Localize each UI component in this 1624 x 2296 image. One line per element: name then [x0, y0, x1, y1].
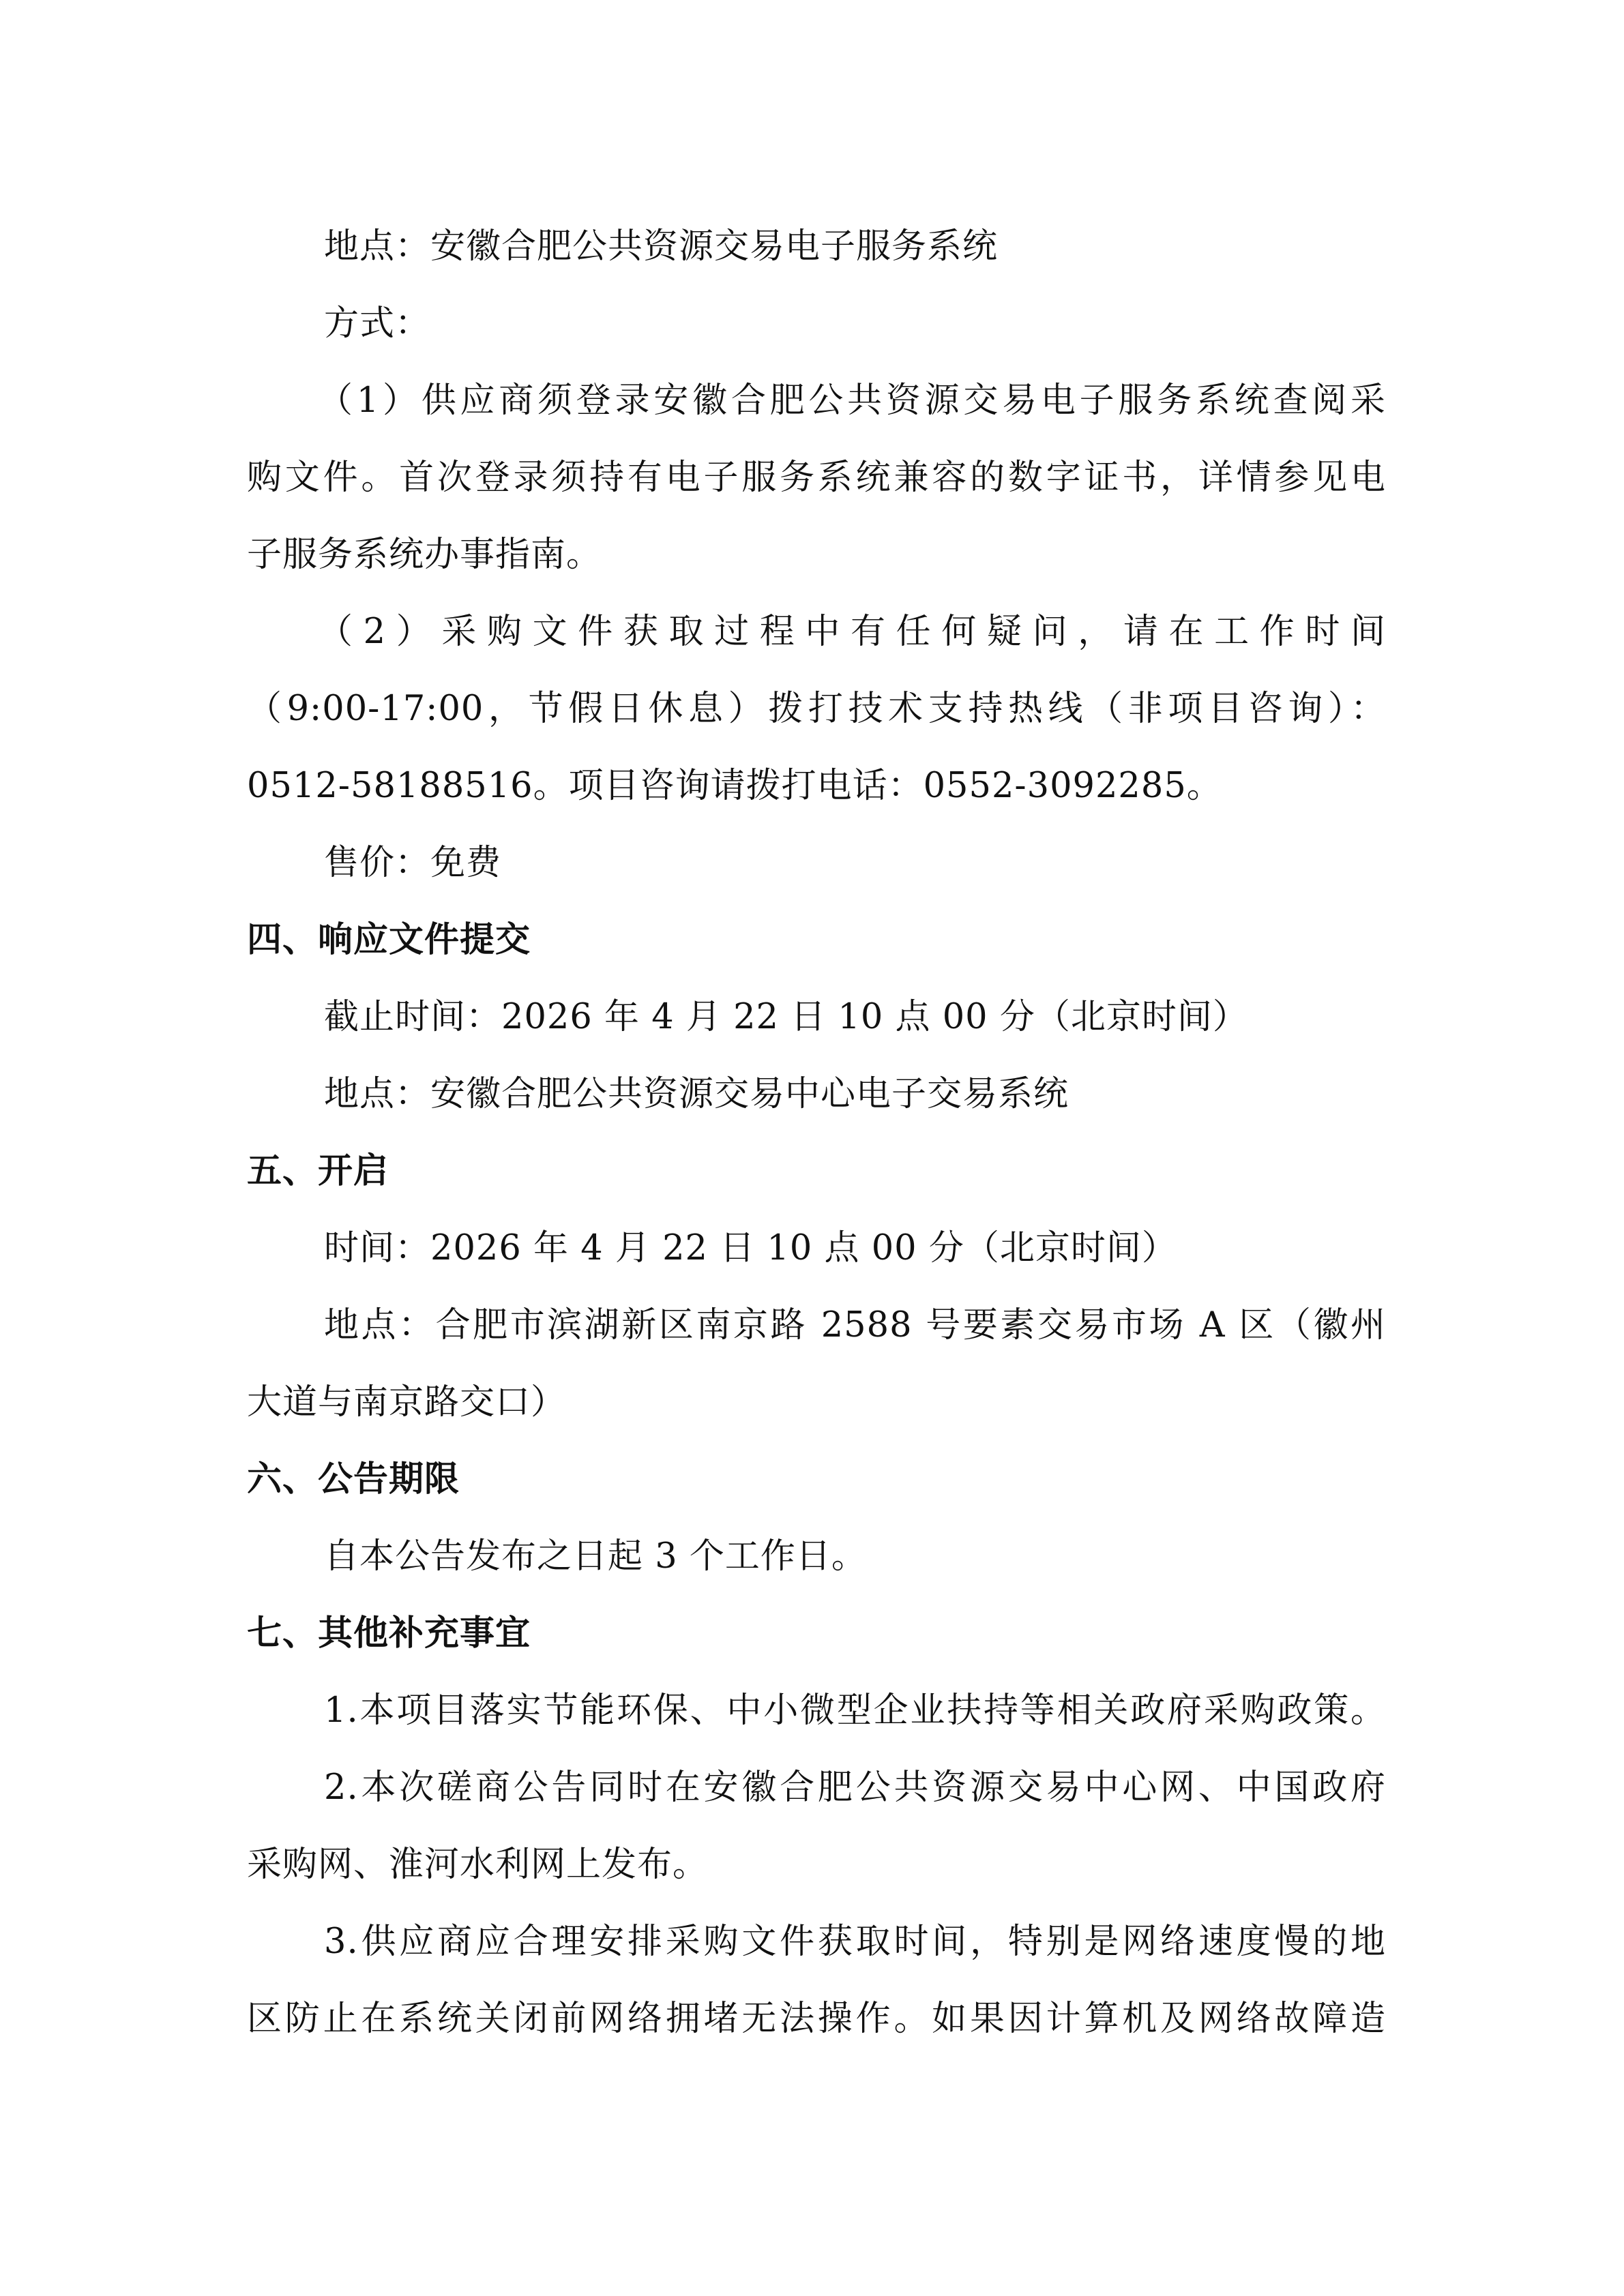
method-item-2-line-3: 0512-58188516。项目咨询请拨打电话：0552-3092285。: [247, 759, 1386, 814]
section-six-heading: 六、公告期限: [247, 1452, 1386, 1507]
method-item-2-line-1: （2）采购文件获取过程中有任何疑问，请在工作时间: [318, 605, 1386, 659]
notice-period-text: 自本公告发布之日起 3 个工作日。: [324, 1530, 1386, 1584]
supplement-item-2-line-2: 采购网、淮河水利网上发布。: [247, 1838, 1386, 1892]
location-line: 地点：安徽合肥公共资源交易电子服务系统: [324, 220, 1386, 274]
supplement-item-1: 1.本项目落实节能环保、中小微型企业扶持等相关政府采购政策。: [324, 1684, 1386, 1738]
supplement-item-2-line-1: 2.本次磋商公告同时在安徽合肥公共资源交易中心网、中国政府: [324, 1761, 1386, 1815]
submission-deadline: 截止时间：2026 年 4 月 22 日 10 点 00 分（北京时间）: [324, 990, 1386, 1045]
method-item-2-line-2: （9:00-17:00，节假日休息）拨打技术支持热线（非项目咨询）：: [247, 682, 1386, 736]
method-item-1-line-3: 子服务系统办事指南。: [247, 528, 1386, 582]
method-item-1-line-1: （1）供应商须登录安徽合肥公共资源交易电子服务系统查阅采: [318, 374, 1386, 428]
opening-location-line-2: 大道与南京路交口）: [247, 1375, 1386, 1430]
section-four-heading: 四、响应文件提交: [247, 913, 1386, 968]
section-seven-heading: 七、其他补充事宜: [247, 1607, 1386, 1661]
method-label: 方式：: [324, 297, 1386, 351]
opening-time: 时间：2026 年 4 月 22 日 10 点 00 分（北京时间）: [324, 1221, 1386, 1276]
supplement-item-3-line-2: 区防止在系统关闭前网络拥堵无法操作。如果因计算机及网络故障造: [247, 1992, 1386, 2046]
section-five-heading: 五、开启: [247, 1144, 1386, 1199]
supplement-item-3-line-1: 3.供应商应合理安排采购文件获取时间，特别是网络速度慢的地: [324, 1915, 1386, 1969]
price-line: 售价：免费: [324, 836, 1386, 891]
submission-location: 地点：安徽合肥公共资源交易中心电子交易系统: [324, 1067, 1386, 1122]
document-page: 地点：安徽合肥公共资源交易电子服务系统 方式： （1）供应商须登录安徽合肥公共资…: [0, 0, 1624, 2296]
method-item-1-line-2: 购文件。首次登录须持有电子服务系统兼容的数字证书，详情参见电: [247, 451, 1386, 505]
opening-location-line-1: 地点：合肥市滨湖新区南京路 2588 号要素交易市场 A 区（徽州: [324, 1298, 1386, 1353]
